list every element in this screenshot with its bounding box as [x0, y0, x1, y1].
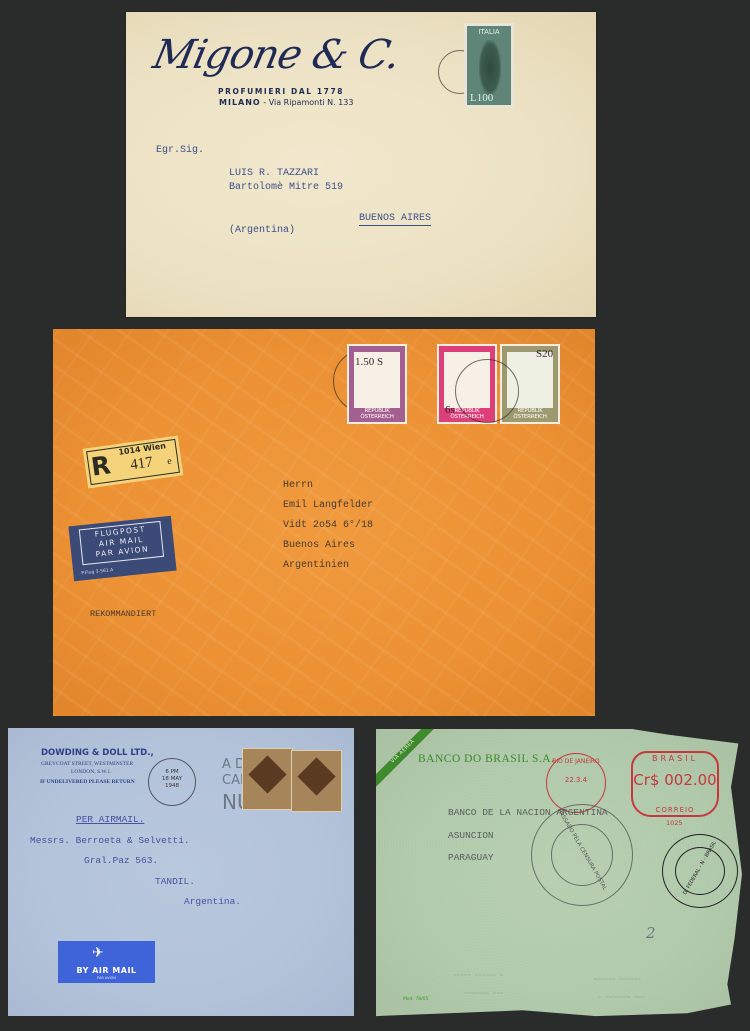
letterhead-company: DOWDING & DOLL LTD.,: [41, 748, 154, 758]
austria-stamp-1[interactable]: 1.50 S REPUBLIK ÖSTERREICH: [347, 344, 407, 424]
addressee-name: Messrs. Berroeta & Selvetti.: [30, 835, 190, 846]
letterhead-address: MILANO - Via Ripamonti N. 133: [219, 98, 353, 107]
postmark-year: 1948: [149, 783, 195, 790]
addressee-name: Emil Langfelder: [283, 500, 373, 511]
addressee-country: Argentina.: [184, 896, 241, 907]
stamp-value: S20: [536, 348, 553, 360]
band-label: VIA AÉREA: [390, 738, 416, 764]
cover-great-britain[interactable]: DOWDING & DOLL LTD., GREYCOAT STREET, WE…: [8, 728, 354, 1016]
gb-stamp-2[interactable]: [291, 750, 342, 812]
addressee-name: LUIS R. TAZZARI: [229, 168, 319, 179]
letterhead-script-name: Migone & C.: [149, 32, 404, 78]
salutation: Herrn: [283, 480, 313, 491]
return-note: IF UNDELIVERED PLEASE RETURN: [40, 779, 135, 785]
addressee-city: ASUNCION: [448, 830, 494, 841]
cover-brazil[interactable]: VIA AÉREA BANCO DO BRASIL S.A. RIO DE JA…: [376, 729, 742, 1019]
meter-number: 1025: [666, 819, 683, 827]
addressee-city: BUENOS AIRES: [359, 213, 431, 226]
registered-annotation: REKOMMANDIERT: [90, 609, 156, 619]
by-air-mail-label: ✈ BY AIR MAIL PAR AVION: [58, 941, 155, 983]
registration-label: R 1014 Wien 417 e: [83, 436, 184, 489]
postmark-circle: [455, 359, 519, 423]
meter-amount: Cr$ 002.00: [633, 771, 717, 789]
italy-stamp[interactable]: ITALIA L100: [464, 23, 514, 108]
addressee-city: TANDIL.: [155, 876, 195, 887]
letterhead-city: LONDON, S.W.1.: [71, 769, 112, 775]
postage-meter: BRASIL Cr$ 002.00 CORREIO: [631, 751, 719, 817]
letterhead-street: GREYCOAT STREET, WESTMINSTER: [41, 761, 133, 767]
addressee-country: Argentinien: [283, 560, 349, 571]
king-portrait-icon: [248, 755, 286, 793]
cover-austria[interactable]: 1.50 S REPUBLIK ÖSTERREICH 6s REPUBLIK Ö…: [53, 329, 595, 716]
london-postmark: 6 PM 18 MAY 1948: [148, 758, 196, 806]
stamp-value: 1.50 S: [355, 356, 383, 368]
federal-postmark: D. FEDERAL - N - BRASIL: [662, 834, 738, 908]
postmark-date: 18 MAY: [149, 776, 195, 783]
gb-stamp-1[interactable]: [242, 748, 293, 810]
meter-country: BRASIL: [633, 754, 717, 763]
letterhead-city: MILANO: [219, 98, 261, 107]
postmark-city: RIO DE JANEIRO: [547, 758, 605, 765]
addressee-street: Vidt 2o54 6°/18: [283, 520, 373, 531]
stamp-country: REPUBLIK ÖSTERREICH: [349, 408, 405, 420]
postmark-date: 22.3.4: [547, 776, 605, 784]
addressee-street: Bartolomè Mitre 519: [229, 182, 343, 193]
faint-print: ~~~~~~ ~~~~~~: [594, 976, 641, 983]
pencil-note: 2: [646, 924, 656, 942]
censor-mark: PASSADO PELA CENSURA POSTAL: [531, 804, 633, 906]
airmail-code: P.Flug 3-561 A: [81, 568, 113, 576]
faint-print: ~~~~~ ~~~~~~ ~: [453, 972, 503, 979]
stamp-country: ITALIA: [467, 28, 511, 36]
registration-number: 417: [129, 454, 154, 474]
airmail-instruction: PER AIRMAIL.: [76, 814, 144, 825]
tree-illustration-icon: [479, 40, 501, 95]
registration-letter: R: [89, 450, 112, 481]
letterhead-bank: BANCO DO BRASIL S.A.: [418, 753, 554, 765]
addressee-city: Buenos Aires: [283, 540, 355, 551]
airmail-label: FLUGPOST AIR MAIL PAR AVION P.Flug 3-561…: [68, 516, 176, 581]
cover-italy[interactable]: Migone & C. PROFUMIERI DAL 1778 MILANO -…: [126, 12, 596, 317]
addressee-country: PARAGUAY: [448, 852, 494, 863]
stamp-value: L100: [470, 92, 493, 104]
meter-label: CORREIO: [633, 806, 717, 814]
addressee-street: Gral.Paz 563.: [84, 855, 158, 866]
faint-print: ~~~~~~~ ~~~: [464, 990, 504, 997]
addressee-country: (Argentina): [229, 225, 295, 236]
letterhead-street: - Via Ripamonti N. 133: [263, 98, 353, 107]
wing-icon: ✈: [92, 945, 104, 962]
king-portrait-icon: [297, 757, 335, 795]
letterhead-subtitle: PROFUMIERI DAL 1778: [218, 87, 344, 96]
postmark-time: 6 PM: [149, 769, 195, 776]
faint-print: ~ ~~~~~~~ ~~~: [598, 994, 645, 1001]
airmail-main: BY AIR MAIL: [58, 966, 155, 975]
salutation: Egr.Sig.: [156, 145, 204, 156]
airmail-sub: PAR AVION: [58, 976, 155, 980]
imprint-mark: Mod. 78/05: [403, 997, 428, 1002]
